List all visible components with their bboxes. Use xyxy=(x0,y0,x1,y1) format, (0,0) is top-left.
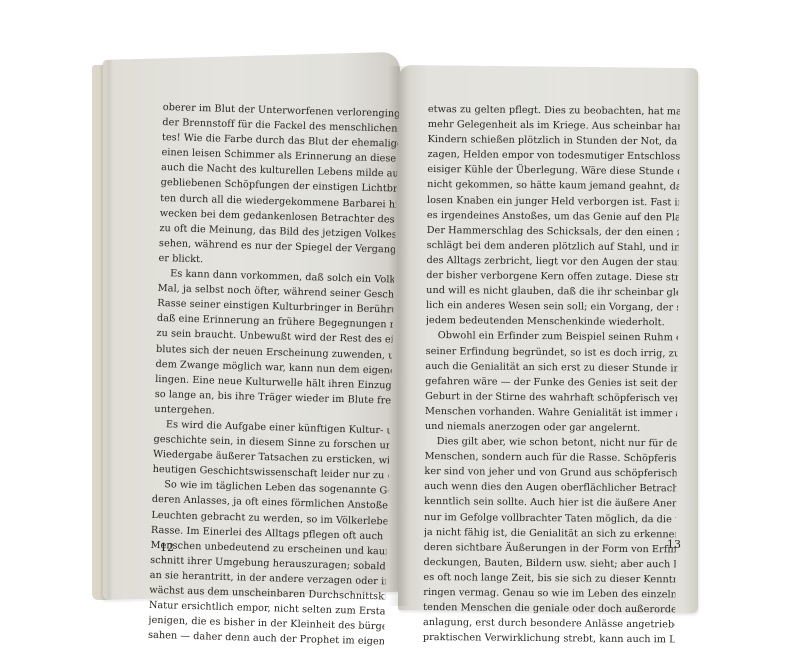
left-page-text: oberer im Blut der Unterworfenen verlore… xyxy=(148,100,399,650)
right-page-text: etwas zu gelten pflegt. Dies zu beobacht… xyxy=(423,102,680,648)
text-line: praktischen Verwirklichung strebt, kann … xyxy=(423,630,675,648)
right-page-number: 13 xyxy=(667,538,681,551)
text-line: kenntlich sein sollte. Auch hier ist die… xyxy=(424,494,676,512)
open-book: oberer im Blut der Unterworfenen verlore… xyxy=(0,0,800,668)
left-page-number: 12 xyxy=(160,541,174,554)
text-line: Obwohl ein Erfinder zum Beispiel seinen … xyxy=(426,328,678,346)
